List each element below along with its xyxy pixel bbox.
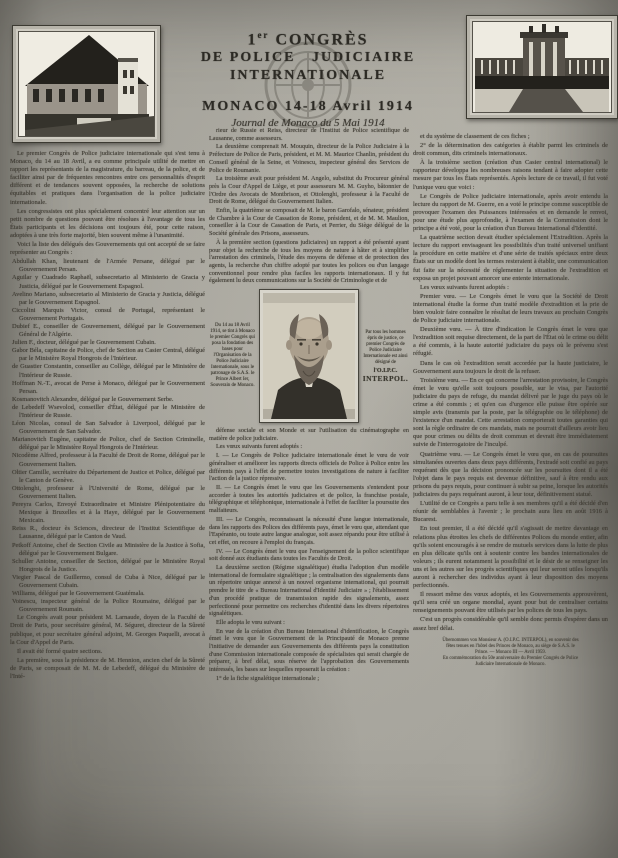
delegate-entry: Marianovitch Eugène, capitaine de Police… [10, 436, 205, 452]
portrait-block: Du 14 au 18 Avril 1914, se tint à Monaco… [209, 289, 409, 423]
paragraph: À la première section (questions judicia… [209, 239, 409, 285]
delegate-entry: Nicodème Alfred, professeur à la Faculté… [10, 452, 205, 468]
portrait-caption-left: Du 14 au 18 Avril 1914, se tint à Monaco… [209, 323, 256, 390]
delegate-entry: Williams, délégué par le Gouvernement Gu… [10, 590, 205, 598]
paragraph: Elle adopta le vœu suivant : [209, 619, 409, 627]
portrait-frame [259, 289, 359, 423]
title-word: CONGRÈS [269, 31, 368, 48]
paragraph: La troisième avait pour président M. Ang… [209, 175, 409, 206]
footnote-line: Judiciaire Internationale de Monaco. [413, 662, 608, 668]
delegate-list: Abdullah Khan, lieutenant de l'Armée Per… [10, 258, 205, 614]
paragraph: Il avait été formé quatre sections. [10, 648, 205, 656]
paragraph: 1° de la fiche signalétique internationa… [209, 675, 409, 683]
delegate-entry: Ciccolini Marquis Victor, consul de Port… [10, 307, 205, 323]
title-line-3: INTERNATIONALE [140, 67, 476, 85]
delegate-entry: Schuller Antoine, conseiller de Section,… [10, 558, 205, 574]
paragraph: Le premier Congrès de Police judiciaire … [10, 150, 205, 207]
paragraph: En tout premier, il a été décidé qu'il s… [413, 525, 608, 590]
prince-albert-portrait [263, 293, 355, 419]
title-line2a: DE POLICE [201, 50, 296, 65]
delegate-entry: Aguilar y Cuadrado Raphaël, subsecretari… [10, 274, 205, 290]
journal-source-line: Journal de Monaco du 5 Mai 1914 [140, 117, 476, 129]
paragraph: 2° de la détermination des catégories à … [413, 142, 608, 158]
paragraph: En vue de la création d'un Bureau Intern… [209, 628, 409, 674]
title-line2b: JUDICIAIRE [312, 50, 415, 65]
delegate-entry: de Guastier Constantin, conseiller au Co… [10, 363, 205, 379]
paragraph: L'utilité de ce Congrès a paru telle à s… [413, 500, 608, 524]
paragraph: IV. — Le Congrès émet le vœu que l'ensei… [209, 548, 409, 563]
paragraph: La quatrième section devait étudier spéc… [413, 234, 608, 283]
caption-right-text: Par tous les hommes épris de justice, ce… [363, 330, 407, 365]
paragraph: Troisième vœu. — En ce qui concerne l'ar… [413, 377, 608, 450]
delegate-entry: Petkoff Antoine, chef de Section Civile … [10, 542, 205, 558]
paragraph: C'est un progrès considérable qu'il semb… [413, 616, 608, 632]
paragraph: Le Congrès de Police judiciaire internat… [413, 193, 608, 233]
delegate-entry: Voinescu, inspecteur général de la Polic… [10, 598, 205, 614]
scanned-journal-page: 1er CONGRÈS DE POLICE JUDICIAIRE INTERNA… [0, 0, 618, 858]
paragraph: Premier vœu. — Le Congrès émet le vœu qu… [413, 293, 608, 325]
delegate-entry: Ottolenghi, professeur à l'Université de… [10, 485, 205, 501]
paragraph: Les congressistes ont plus spécialement … [10, 208, 205, 240]
title-line-1: 1er CONGRÈS [140, 26, 476, 49]
middle-bottom-paragraphs: défense sociale et son Monde et sur l'ut… [209, 427, 409, 683]
delegate-entry: Oltier Camille, secrétaire du Départemen… [10, 469, 205, 485]
delegate-entry: de Lebedeff Wsevolod, conseiller d'État,… [10, 404, 205, 420]
paragraph: défense sociale et son Monde et sur l'ut… [209, 427, 409, 442]
paragraph: Les vœux suivants furent adoptés : [413, 284, 608, 292]
intro-paragraphs: Le premier Congrès de Police judiciaire … [10, 150, 205, 257]
portrait-caption-right: Par tous les hommes épris de justice, ce… [362, 330, 409, 383]
paragraph: Les vœux suivants furent adoptés : [209, 443, 409, 451]
paragraph: À la troisième section (création d'un Ca… [413, 159, 608, 191]
paragraph: La première, sous la présidence de M. He… [10, 657, 205, 681]
paragraph: Enfin, la quatrième se composait de M. l… [209, 207, 409, 238]
paragraph: II. — Le Congrès émet le vœu que les Gou… [209, 484, 409, 515]
paragraph: Dans le cas où l'extradition serait acco… [413, 360, 608, 376]
delegate-entry: Pereyra Carlos, Envoyé Extraordinaire et… [10, 501, 205, 525]
delegate-entry: Gabor Béla, capitaine de Police, chef de… [10, 347, 205, 363]
interpol-label: INTERPOL. [362, 376, 409, 382]
paragraph: La deuxième section (Régime signalétique… [209, 564, 409, 618]
paragraph: Le Congrès avait pour président M. Larna… [10, 614, 205, 646]
left-closing-paragraphs: Le Congrès avait pour président M. Larna… [10, 614, 205, 681]
delegate-entry: Hoffman N.-T., avocat de Perse à Monaco,… [10, 380, 205, 396]
right-paragraphs: et du système de classement de ces fiche… [413, 133, 608, 633]
middle-top-paragraphs: rieur de Russie et Reiss, directeur de l… [209, 127, 409, 285]
paragraph: Il ressort même des vœux adoptés, et les… [413, 591, 608, 615]
masthead: 1er CONGRÈS DE POLICE JUDICIAIRE INTERNA… [140, 26, 476, 129]
monaco-date-line: MONACO 14-18 Avril 1914 [140, 98, 476, 116]
paragraph: Voici la liste des délégués des Gouverne… [10, 241, 205, 257]
paragraph: III. — Le Congrès, reconnaissant la néce… [209, 516, 409, 547]
paragraph: et du système de classement de ces fiche… [413, 133, 608, 141]
footnote-line: Übernommen von Monsieur A. (O.I.P.C. INT… [413, 638, 608, 644]
title-number: 1 [247, 31, 257, 48]
footnote-block: Übernommen von Monsieur A. (O.I.P.C. INT… [413, 638, 608, 668]
title-ordinal: er [257, 30, 269, 40]
delegate-entry: Avelino Mariano, subsecretario al Minist… [10, 291, 205, 307]
delegate-entry: Léon Nicolas, consul de San Salvador à L… [10, 420, 205, 436]
paragraph: Deuxième vœu. — À titre d'indication le … [413, 326, 608, 358]
paragraph: La deuxième comprenait M. Mouquin, direc… [209, 143, 409, 174]
title-line-2: DE POLICE JUDICIAIRE [140, 49, 476, 67]
delegate-entry: Dubief E., conseiller de Gouvernement, d… [10, 323, 205, 339]
delegate-entry: Abdullah Khan, lieutenant de l'Armée Per… [10, 258, 205, 274]
paragraph: Quatrième vœu. — Le Congrès émet le vœu … [413, 451, 608, 500]
delegate-entry: Viegier Pascal de Guillermo, consul de C… [10, 574, 205, 590]
delegate-entry: Reiss R., docteur ès Sciences, directeur… [10, 525, 205, 541]
paragraph: I. — Le Congrès de Police judiciaire int… [209, 452, 409, 483]
delegate-entry: Kosmanovitch Alexandre, délégué par le G… [10, 396, 205, 404]
